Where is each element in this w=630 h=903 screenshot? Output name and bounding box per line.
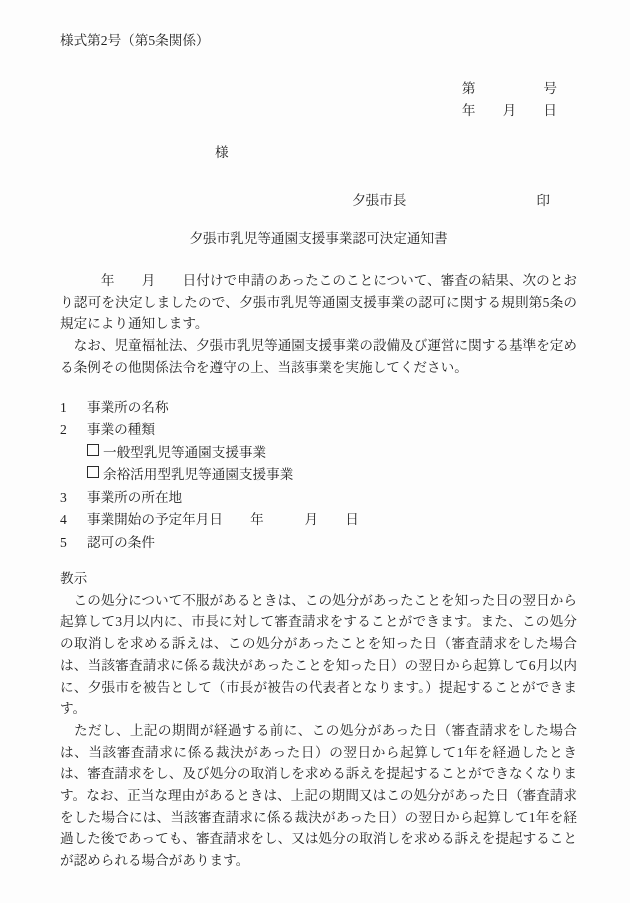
item-number: 1	[60, 397, 87, 420]
checkbox-label: 余裕活用型乳児等通園支援事業	[103, 467, 293, 482]
addressee-line: 様	[60, 142, 577, 164]
item-number: 2	[60, 419, 87, 442]
issuer-line: 夕張市長 印	[60, 190, 577, 212]
checkbox-row-general-type: 一般型乳児等通園支援事業	[60, 442, 577, 465]
item-row-start-date: 4 事業開始の予定年月日 年 月 日	[60, 509, 577, 532]
item-number: 5	[60, 532, 87, 555]
checkbox-label: 一般型乳児等通園支援事業	[103, 445, 266, 460]
addressee-honorific: 様	[215, 145, 229, 160]
issuer-name: 夕張市長	[352, 190, 406, 212]
item-row-approval-conditions: 5 認可の条件	[60, 532, 577, 555]
item-number: 4	[60, 509, 87, 532]
body-paragraph-1: 年 月 日付けで申請のあったこのことについて、審査の結果、次のとおり認可を決定し…	[60, 270, 577, 335]
document-page: 様式第2号（第5条関係） 第 号 年 月 日 様 夕張市長 印 夕張市乳児等通園…	[0, 0, 630, 903]
notice-paragraph-1: この処分について不服があるときは、この処分があったことを知った日の翌日から起算し…	[60, 590, 577, 720]
item-number: 3	[60, 487, 87, 510]
notice-paragraph-2: ただし、上記の期間が経過する前に、この処分があった日（審査請求をした場合は、当該…	[60, 720, 577, 872]
checkbox-row-surplus-type: 余裕活用型乳児等通園支援事業	[60, 464, 577, 487]
body-paragraph-2: なお、児童福祉法、夕張市乳児等通園支援事業の設備及び運営に関する基準を定める条例…	[60, 335, 577, 378]
item-row-business-type: 2 事業の種類	[60, 419, 577, 442]
item-row-business-name: 1 事業所の名称	[60, 397, 577, 420]
form-number-label: 様式第2号（第5条関係）	[60, 30, 577, 52]
item-list: 1 事業所の名称 2 事業の種類 一般型乳児等通園支援事業 余裕活用型乳児等通園…	[60, 397, 577, 555]
item-label: 事業所の名称	[87, 397, 169, 420]
item-label: 事業所の所在地	[87, 487, 182, 510]
notice-section: 教示 この処分について不服があるときは、この処分があったことを知った日の翌日から…	[60, 568, 577, 872]
item-label: 認可の条件	[87, 532, 155, 555]
item-label: 事業開始の予定年月日 年 月 日	[87, 509, 359, 532]
checkbox-icon	[87, 466, 99, 478]
notice-heading: 教示	[60, 568, 577, 590]
date-line: 年 月 日	[60, 100, 557, 122]
item-label: 事業の種類	[87, 419, 155, 442]
seal-mark: 印	[536, 190, 550, 212]
document-title: 夕張市乳児等通園支援事業認可決定通知書	[60, 228, 577, 250]
checkbox-icon	[87, 444, 99, 456]
doc-number-line: 第 号	[60, 78, 557, 100]
doc-number-date-block: 第 号 年 月 日	[60, 78, 577, 122]
item-row-business-address: 3 事業所の所在地	[60, 487, 577, 510]
